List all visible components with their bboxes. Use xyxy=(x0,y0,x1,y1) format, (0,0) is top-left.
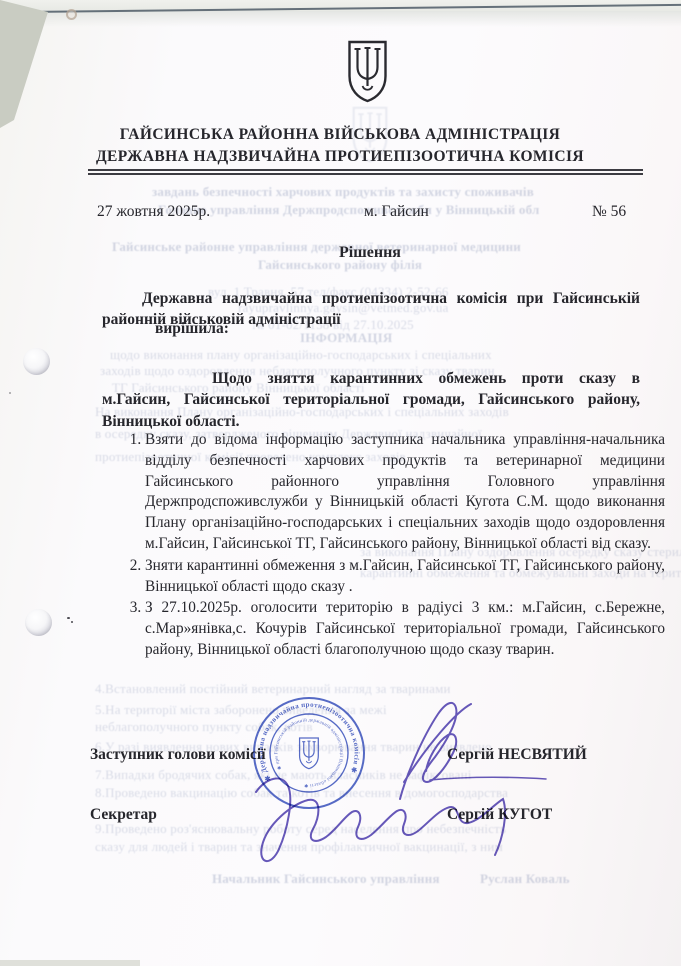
page-top-shadow xyxy=(0,11,681,27)
signature-role-deputy-head: Заступник голови комісії xyxy=(90,746,266,764)
bleedthrough-text-line: Руслан Коваль xyxy=(480,871,570,887)
signature-name-kuhot: Сергій КУГОТ xyxy=(447,806,552,824)
document-title: Рішення xyxy=(100,244,640,262)
decision-item-1: Взяти до відома інформацію заступника на… xyxy=(145,430,665,555)
signature-name-nesvyatyi: Сергій НЕСВЯТИЙ xyxy=(447,746,587,764)
org-name-line1: ГАЙСИНСЬКА РАЙОННА ВІЙСЬКОВА АДМІНІСТРАЦ… xyxy=(40,126,640,144)
coat-of-arms-trident-icon xyxy=(344,40,391,104)
ink-speck xyxy=(67,617,70,619)
embossed-hole-lower xyxy=(25,609,52,636)
decision-item-2: Зняти карантинні обмеження з м.Гайсин, Г… xyxy=(145,556,665,598)
punch-hole-mark xyxy=(66,9,77,20)
document-place: м. Гайсин xyxy=(364,203,429,221)
decision-item-3: З 27.10.2025р. оголосити територію в рад… xyxy=(145,598,665,660)
handwritten-signature-tail xyxy=(430,777,546,780)
bleedthrough-text-line: Головне управління Держпродспоживслужби … xyxy=(158,202,539,218)
bleedthrough-text-line: ІНФОРМАЦІЯ xyxy=(300,330,393,346)
header-double-rule xyxy=(88,169,643,175)
document-number: № 56 xyxy=(592,203,626,221)
ink-speck xyxy=(71,621,73,623)
subject-paragraph: Щодо зняття карантинних обмежень проти с… xyxy=(102,368,640,433)
official-round-stamp: ✱ Державна надзвичайна протиепізоотична … xyxy=(249,693,369,813)
resolved-label: вирішила: xyxy=(155,320,229,338)
ink-speck xyxy=(9,392,11,394)
page-bottom-edge xyxy=(0,960,140,966)
document-date: 27 жовтня 2025р. xyxy=(97,203,210,221)
bleedthrough-text-line: Начальник Гайсинського управління xyxy=(212,871,440,887)
scanned-document: завдань безпечності харчових продуктів т… xyxy=(0,0,681,966)
org-name-line2: ДЕРЖАВНА НАДЗВИЧАЙНА ПРОТИЕПІЗООТИЧНА КО… xyxy=(40,148,640,166)
bleedthrough-text-line: щодо виконання плану організаційно-госпо… xyxy=(110,347,492,363)
bleedthrough-text-line: сказу для людей і тварин та значення про… xyxy=(95,839,503,855)
decision-list: Взяти до відома інформацію заступника на… xyxy=(120,430,665,662)
signature-role-secretary: Секретар xyxy=(90,806,157,824)
bleedthrough-text-line: завдань безпечності харчових продуктів т… xyxy=(152,184,534,200)
stamp-trident-icon xyxy=(300,738,319,769)
embossed-hole-upper xyxy=(23,348,50,375)
